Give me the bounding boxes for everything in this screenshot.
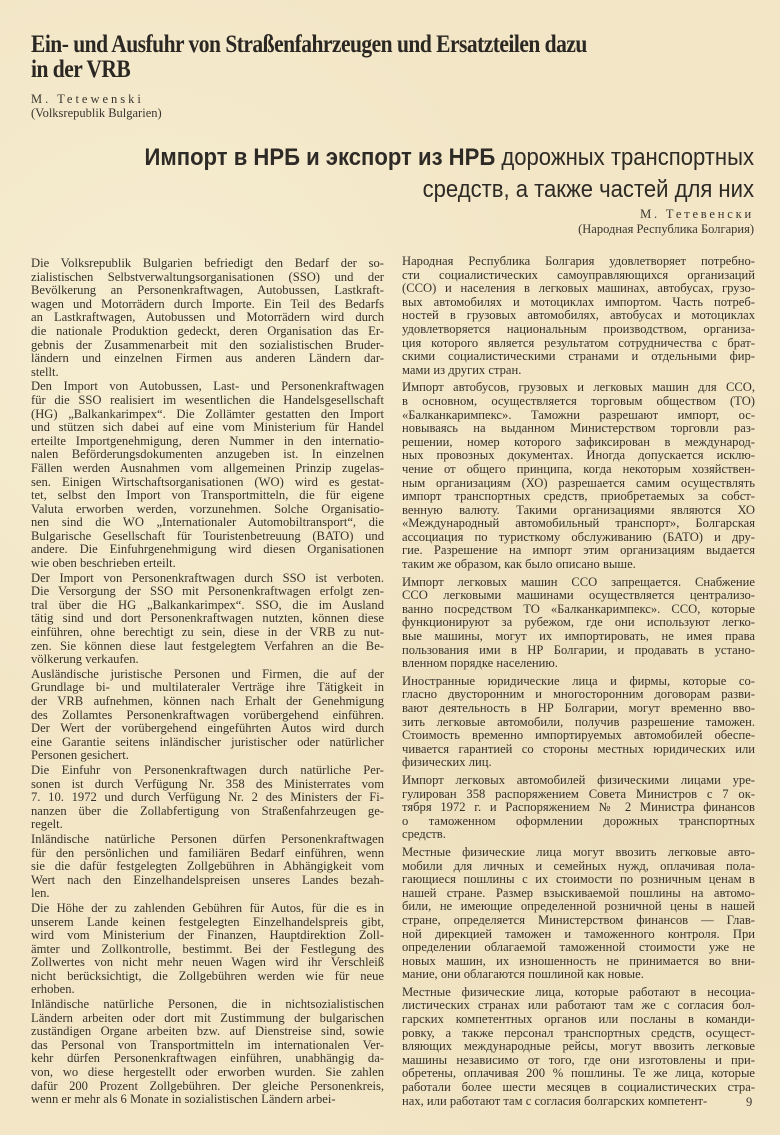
text-line: машины независимо от того, где они изгот… — [402, 1054, 755, 1068]
russian-title-line: Импорт в НРБ и экспорт из НРБ дорожных т… — [18, 142, 754, 174]
paragraph: Die Volksrepublik Bulgarien befriedigt d… — [31, 257, 384, 379]
text-line: stellt. — [31, 366, 384, 380]
text-line: für die SSO realisiert im wesentlichen d… — [31, 394, 384, 408]
text-line: regelt. — [31, 818, 384, 832]
text-line: erteilte Importgenehmigung, deren Nummer… — [31, 435, 384, 449]
text-line: wenn er mehr als 6 Monate in sozialistis… — [31, 1093, 384, 1107]
text-line: «Международный автомобильный транспорт»,… — [402, 517, 755, 531]
text-line: в основном, осуществляется торговым обще… — [402, 395, 755, 409]
text-line: Иностранные юридические лица и фирмы, ко… — [402, 675, 755, 689]
text-line: erhoben. — [31, 983, 384, 997]
text-line: ССО легковыми машинами осуществляется це… — [402, 589, 755, 603]
text-line: «Балканкаримпекс». Таможни разрешают имп… — [402, 409, 755, 423]
german-title: Ein- und Ausfuhr von Straßenfahrzeugen u… — [31, 32, 753, 82]
paragraph: Inländische natürliche Personen dürfen P… — [31, 833, 384, 901]
text-line: Die Volksrepublik Bulgarien befriedigt d… — [31, 257, 384, 271]
page-number: 9 — [746, 1095, 752, 1110]
text-line: вые машины, могут их импортировать, не и… — [402, 630, 755, 644]
text-line: ным организациям (ХО) разрешается самим … — [402, 477, 755, 491]
text-line: Den Import von Autobussen, Last- und Per… — [31, 380, 384, 394]
text-line: стране, определяется Министерством финан… — [402, 914, 755, 928]
text-line: нашей стране. Размер взыскиваемой пошлин… — [402, 887, 755, 901]
text-line: len. — [31, 887, 384, 901]
text-line: тября 1972 г. и Распоряжением № 2 Минист… — [402, 801, 755, 815]
text-line: ländern und einzelnen Firmen aus anderen… — [31, 352, 384, 366]
text-line: Народная Республика Болгария удовлетворя… — [402, 255, 755, 269]
text-line: tral über die HG „Balkankarimpex“. SSO, … — [31, 599, 384, 613]
text-line: Wert nach den Einzelhandelspreisen unser… — [31, 874, 384, 888]
text-line: нах, или работают там с согласия болгарс… — [402, 1095, 755, 1109]
paragraph: Импорт автобусов, грузовых и легковых ма… — [402, 381, 755, 571]
text-line: einführen, ohne berechtigt zu sein, dies… — [31, 626, 384, 640]
text-line: tätig sind und dort Personenkraftwagen n… — [31, 612, 384, 626]
text-line: венную валюту. Такими организациями явля… — [402, 504, 755, 518]
text-line: вают деятельность в НР Болгарии, могут в… — [402, 702, 755, 716]
text-line: физических лиц. — [402, 756, 755, 770]
text-line: Die Höhe der zu zahlenden Gebühren für A… — [31, 902, 384, 916]
text-line: чение от общего принципа, когда некоторы… — [402, 463, 755, 477]
text-line: удовлетворяется национальным производств… — [402, 323, 755, 337]
text-line: новых машин, их изношенность не принимае… — [402, 955, 755, 969]
text-line: wird vom Ministerium der Finanzen, Haupt… — [31, 929, 384, 943]
text-line: средств. — [402, 828, 755, 842]
text-line: gebnis der Zusammenarbeit mit den sozial… — [31, 339, 384, 353]
text-line: Zollwertes von nicht mehr neuen Wagen wi… — [31, 956, 384, 970]
russian-author-country: (Народная Республика Болгария) — [578, 222, 754, 237]
german-title-line: in der VRB — [31, 57, 753, 82]
text-line: Bevölkerung an Personenkraftwagen, Autob… — [31, 284, 384, 298]
text-line: Ländern arbeiten oder dort mit Zustimmun… — [31, 1012, 384, 1026]
text-line: чивается гарантией со стороны местных юр… — [402, 743, 755, 757]
text-line: сти социалистических самоуправляющихся о… — [402, 269, 755, 283]
paragraph: Местные физические лица, которые работаю… — [402, 986, 755, 1108]
paragraph: Импорт легковых автомобилей физическими … — [402, 774, 755, 842]
text-line: ассоциация по туристкому обслуживанию (Б… — [402, 531, 755, 545]
text-line: sen. Einigen Wirtschaftsorganisationen (… — [31, 476, 384, 490]
text-line: били, не имеющие определенной розничной … — [402, 900, 755, 914]
russian-author: М. Тетевенски — [640, 207, 754, 222]
russian-title-rest: дорожных транспортных — [495, 144, 754, 171]
text-line: (HG) „Balkankarimpex“. Die Zollämter ges… — [31, 408, 384, 422]
text-line: Die Einfuhr von Personenkraftwagen durch… — [31, 764, 384, 778]
text-line: Valuta erworben werden, vorzunehmen. Sol… — [31, 503, 384, 517]
text-line: Импорт легковых машин ССО запрещается. С… — [402, 576, 755, 590]
text-line: andere. Die Einfuhrgenehmigung wird dies… — [31, 543, 384, 557]
text-line: eine Garantie seitens inländischer juris… — [31, 736, 384, 750]
text-line: скими социалистическими странами и отдел… — [402, 350, 755, 364]
text-line: о таможенном оформлении дорожных транспо… — [402, 815, 755, 829]
text-line: Personen gesichert. — [31, 749, 384, 763]
text-line: völkerung verkaufen. — [31, 653, 384, 667]
text-line: wagen und Motorrädern durch Importe. Ein… — [31, 298, 384, 312]
text-line: ämter und Zollkontrolle, bestimmt. Bei d… — [31, 943, 384, 957]
text-line: Der Import von Personenkraftwagen durch … — [31, 572, 384, 586]
text-line: die nationale Produktion gedeckt, deren … — [31, 325, 384, 339]
text-line: das Personal von Transportmitteln im int… — [31, 1039, 384, 1053]
text-line: мание, они облагаются пошлиной как новые… — [402, 968, 755, 982]
paragraph: Den Import von Autobussen, Last- und Per… — [31, 380, 384, 570]
text-line: sie die dafür festgelegten Zollgebühren … — [31, 860, 384, 874]
text-line: решении, номер которого зафиксирован в м… — [402, 436, 755, 450]
text-line: 7. 10. 1972 und durch Verfügung Nr. 2 de… — [31, 791, 384, 805]
text-line: kehr dürfen Personenkraftwagen einführen… — [31, 1052, 384, 1066]
document-page: Ein- und Ausfuhr von Straßenfahrzeugen u… — [0, 0, 780, 1135]
text-line: определении облагаемой таможенной стоимо… — [402, 941, 755, 955]
text-line: зить легковые автомобили, получив разреш… — [402, 716, 755, 730]
text-line: an Lastkraftwagen, Autobussen und Motorr… — [31, 311, 384, 325]
paragraph: Der Import von Personenkraftwagen durch … — [31, 572, 384, 667]
text-line: nalen Beförderungsdokumenten anzugeben i… — [31, 448, 384, 462]
text-line: für den persönlichen und familiären Beda… — [31, 847, 384, 861]
german-author: M. Tetewenski — [31, 92, 144, 107]
text-line: Die Versorgung der SSO mit Personenkraft… — [31, 585, 384, 599]
text-line: Стоимость временно импортируемых автомоб… — [402, 729, 755, 743]
text-line: wie oben beschrieben erteilt. — [31, 557, 384, 571]
text-line: Der Wert der vorübergehend eingeführten … — [31, 722, 384, 736]
text-line: Импорт автобусов, грузовых и легковых ма… — [402, 381, 755, 395]
text-line: zuständigen Organe arbeiten bzw. auf Die… — [31, 1025, 384, 1039]
text-line: листических странах или работают там же … — [402, 999, 755, 1013]
text-line: ных провозных документах. Иногда допуска… — [402, 449, 755, 463]
german-title-line: Ein- und Ausfuhr von Straßenfahrzeugen u… — [31, 32, 753, 57]
text-line: гулирован 358 распоряжением Совета Минис… — [402, 788, 755, 802]
text-line: Fällen werden Ausnahmen vom allgemeinen … — [31, 462, 384, 476]
text-line: zen. Sie können diese laut festgelegtem … — [31, 640, 384, 654]
text-line: гающиеся пошлины с их стоимости по розни… — [402, 873, 755, 887]
text-line: таким же образом, как было описано выше. — [402, 558, 755, 572]
german-author-country: (Volksrepublik Bulgarien) — [31, 106, 162, 121]
paragraph: Ausländische juristische Personen und Fi… — [31, 668, 384, 763]
text-line: импорт транспортных средств, приобретаем… — [402, 490, 755, 504]
text-line: der VRB aufnehmen, können nach Erhalt de… — [31, 695, 384, 709]
text-line: ной дирекцией таможен и таможенного конт… — [402, 928, 755, 942]
text-line: вленном порядке населению. — [402, 657, 755, 671]
text-line: мобили для личных и семейных нужд, оплач… — [402, 860, 755, 874]
text-line: ровку, а также персонал транспортных сре… — [402, 1027, 755, 1041]
text-line: Местные физические лица, которые работаю… — [402, 986, 755, 1000]
text-line: гие. Разрешение на импорт этим организац… — [402, 544, 755, 558]
text-line: вляющих международные рейсы, могут ввози… — [402, 1040, 755, 1054]
text-line: dafür 200 Prozent Zollgebühren. Der glei… — [31, 1080, 384, 1094]
text-line: zialistischen Selbstverwaltungsorganisat… — [31, 271, 384, 285]
text-line: функционируют за рубежом, где они исполь… — [402, 616, 755, 630]
german-text-column: Die Volksrepublik Bulgarien befriedigt d… — [31, 257, 384, 1108]
text-line: des Zollamtes Personenkraftwagen vorüber… — [31, 709, 384, 723]
paragraph: Die Höhe der zu zahlenden Gebühren für A… — [31, 902, 384, 997]
paragraph: Местные физические лица могут ввозить ле… — [402, 846, 755, 982]
text-line: ция которого является результатом сотруд… — [402, 337, 755, 351]
text-line: обретены, оплачивая 200 % пошлины. Те же… — [402, 1067, 755, 1081]
text-line: nanzen über die Zollabfertigung von Stra… — [31, 805, 384, 819]
russian-title-bold: Импорт в НРБ и экспорт из НРБ — [145, 144, 496, 171]
text-line: работали более шести месяцев в социалист… — [402, 1081, 755, 1095]
text-line: sonen ist durch Verfügung Nr. 358 des Mi… — [31, 778, 384, 792]
text-line: гарских компетентных органов или посланы… — [402, 1013, 755, 1027]
russian-title: Импорт в НРБ и экспорт из НРБ дорожных т… — [18, 142, 754, 206]
russian-title-line: средств, а также частей для них — [18, 174, 754, 206]
paragraph: Inländische natürliche Personen, die in … — [31, 998, 384, 1107]
text-line: nen sind die WO „Internationaler Automob… — [31, 516, 384, 530]
paragraph: Народная Республика Болгария удовлетворя… — [402, 255, 755, 377]
russian-text-column: Народная Республика Болгария удовлетворя… — [402, 255, 755, 1112]
text-line: мами из других стран. — [402, 364, 755, 378]
text-line: гласно двусторонним и многосторонним дог… — [402, 688, 755, 702]
text-line: Grundlage bi- und multilateraler Verträg… — [31, 681, 384, 695]
text-line: Импорт легковых автомобилей физическими … — [402, 774, 755, 788]
text-line: пользования ими в НР Болгарии, и продава… — [402, 644, 755, 658]
text-line: вых автомобилях и мотоциклах импортом. Ч… — [402, 296, 755, 310]
text-line: Inländische natürliche Personen, die in … — [31, 998, 384, 1012]
text-line: ванно посредством ТО «Балканкаримпекс». … — [402, 603, 755, 617]
text-line: (ССО) и населения в легковых машинах, ав… — [402, 282, 755, 296]
paragraph: Die Einfuhr von Personenkraftwagen durch… — [31, 764, 384, 832]
text-line: tet, selbst den Import von Transportmitt… — [31, 489, 384, 503]
text-line: Inländische natürliche Personen dürfen P… — [31, 833, 384, 847]
text-line: новываясь на выданном Министерством торг… — [402, 422, 755, 436]
paragraph: Импорт легковых машин ССО запрещается. С… — [402, 576, 755, 671]
text-line: nicht berücksichtigt, die Zollgebühren w… — [31, 970, 384, 984]
text-line: ностей в грузовых автомобилях, автобусах… — [402, 309, 755, 323]
paragraph: Иностранные юридические лица и фирмы, ко… — [402, 675, 755, 770]
text-line: Местные физические лица могут ввозить ле… — [402, 846, 755, 860]
text-line: Bulgarische Gesellschaft für Touristenbe… — [31, 530, 384, 544]
text-line: Ausländische juristische Personen und Fi… — [31, 668, 384, 682]
text-line: von, wo diese hergestellt oder erworben … — [31, 1066, 384, 1080]
text-line: und stützen sich dabei auf eine vom Mini… — [31, 421, 384, 435]
text-line: unserem Lande keinen festgelegten Einzel… — [31, 916, 384, 930]
